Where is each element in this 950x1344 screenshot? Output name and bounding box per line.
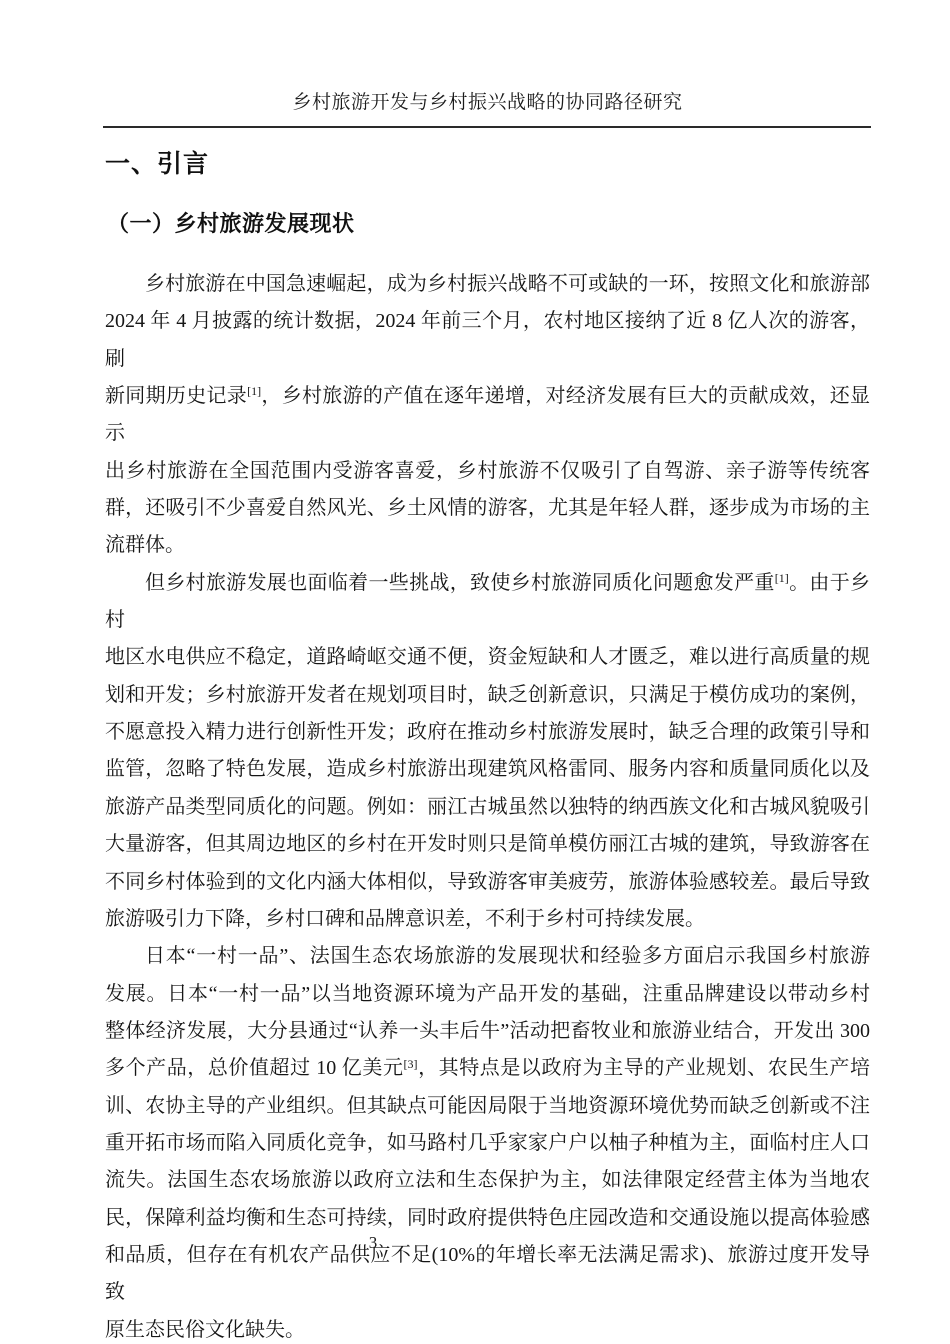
text-line: 多个产品，总价值超过 10 亿美元[3]，其特点是以政府为主导的产业规划、农民生… (105, 1050, 870, 1087)
text-run: 大量游客，但其周边地区的乡村在开发时则只是简单模仿丽江古城的建筑，导致游客在 (105, 833, 870, 855)
text-run: 群，还吸引不少喜爱自然风光、乡土风情的游客，尤其是年轻人群，逐步成为市场的主 (105, 497, 870, 519)
text-run: 训、农协主导的产业组织。但其缺点可能因局限于当地资源环境优势而缺乏创新或不注 (105, 1095, 870, 1117)
text-run: 乡村旅游在中国急速崛起，成为乡村振兴战略不可或缺的一环，按照文化和旅游部 (145, 273, 870, 295)
text-run: 原生态民俗文化缺失。 (105, 1319, 305, 1341)
text-run: ，其特点是以政府为主导的产业规划、农民生产培 (418, 1057, 871, 1079)
paragraph: 但乡村旅游发展也面临着一些挑战，致使乡村旅游同质化问题愈发严重[1]。由于乡村地… (105, 565, 870, 938)
text-run: 地区水电供应不稳定，道路崎岖交通不便，资金短缺和人才匮乏，难以进行高质量的规 (105, 646, 870, 668)
text-run: 监管，忽略了特色发展，造成乡村旅游出现建筑风格雷同、服务内容和质量同质化以及 (105, 758, 870, 780)
text-line: 群，还吸引不少喜爱自然风光、乡土风情的游客，尤其是年轻人群，逐步成为市场的主 (105, 490, 870, 527)
text-line: 不同乡村体验到的文化内涵大体相似，导致游客审美疲劳，旅游体验感较差。最后导致 (105, 864, 870, 901)
text-line: 旅游产品类型同质化的问题。例如：丽江古城虽然以独特的纳西族文化和古城风貌吸引 (105, 789, 870, 826)
paragraph: 日本“一村一品”、法国生态农场旅游的发展现状和经验多方面启示我国乡村旅游发展。日… (105, 938, 870, 1344)
text-run: 多个产品，总价值超过 10 亿美元 (105, 1057, 404, 1079)
text-run: 出乡村旅游在全国范围内受游客喜爱，乡村旅游不仅吸引了自驾游、亲子游等传统客 (105, 460, 870, 482)
text-run: 民，保障利益均衡和生态可持续，同时政府提供特色庄园改造和交通设施以提高体验感 (105, 1207, 870, 1229)
text-run: 整体经济发展，大分县通过“认养一头丰后牛”活动把畜牧业和旅游业结合，开发出 30… (105, 1020, 870, 1042)
text-line: 和品质，但存在有机农产品供应不足(10%的年增长率无法满足需求)、旅游过度开发导… (105, 1237, 870, 1312)
text-run: 划和开发；乡村旅游开发者在规划项目时，缺乏创新意识，只满足于模仿成功的案例， (105, 684, 870, 706)
text-line: 不愿意投入精力进行创新性开发；政府在推动乡村旅游发展时，缺乏合理的政策引导和 (105, 714, 870, 751)
footnote-ref: [1] (247, 384, 261, 398)
text-run: 和品质，但存在有机农产品供应不足(10%的年增长率无法满足需求)、旅游过度开发导… (105, 1244, 870, 1303)
text-line: 大量游客，但其周边地区的乡村在开发时则只是简单模仿丽江古城的建筑，导致游客在 (105, 826, 870, 863)
text-line: 新同期历史记录[1]，乡村旅游的产值在逐年递增，对经济发展有巨大的贡献成效，还显… (105, 378, 870, 453)
text-run: 旅游吸引力下降，乡村口碑和品牌意识差，不利于乡村可持续发展。 (105, 908, 705, 930)
text-line: 原生态民俗文化缺失。 (105, 1312, 870, 1344)
text-line: 但乡村旅游发展也面临着一些挑战，致使乡村旅游同质化问题愈发严重[1]。由于乡村 (105, 565, 870, 640)
heading-level-1: 一、引言 (105, 147, 209, 181)
footnote-ref: [3] (404, 1057, 418, 1071)
text-run: 重开拓市场而陷入同质化竞争，如马路村几乎家家户户以柚子种植为主，面临村庄人口 (105, 1132, 870, 1154)
text-run: 发展。日本“一村一品”以当地资源环境为产品开发的基础，注重品牌建设以带动乡村 (105, 983, 870, 1005)
text-line: 旅游吸引力下降，乡村口碑和品牌意识差，不利于乡村可持续发展。 (105, 901, 870, 938)
text-run: 不愿意投入精力进行创新性开发；政府在推动乡村旅游发展时，缺乏合理的政策引导和 (105, 721, 870, 743)
text-run: 不同乡村体验到的文化内涵大体相似，导致游客审美疲劳，旅游体验感较差。最后导致 (105, 871, 870, 893)
text-line: 监管，忽略了特色发展，造成乡村旅游出现建筑风格雷同、服务内容和质量同质化以及 (105, 751, 870, 788)
heading-level-2: （一）乡村旅游发展现状 (107, 209, 355, 239)
text-line: 重开拓市场而陷入同质化竞争，如马路村几乎家家户户以柚子种植为主，面临村庄人口 (105, 1125, 870, 1162)
text-line: 日本“一村一品”、法国生态农场旅游的发展现状和经验多方面启示我国乡村旅游 (105, 938, 870, 975)
document-page: 乡村旅游开发与乡村振兴战略的协同路径研究 一、引言 （一）乡村旅游发展现状 乡村… (0, 0, 950, 1344)
text-line: 训、农协主导的产业组织。但其缺点可能因局限于当地资源环境优势而缺乏创新或不注 (105, 1088, 870, 1125)
text-run: 但乡村旅游发展也面临着一些挑战，致使乡村旅游同质化问题愈发严重 (145, 572, 775, 594)
text-run: 日本“一村一品”、法国生态农场旅游的发展现状和经验多方面启示我国乡村旅游 (145, 945, 870, 967)
text-run: 流失。法国生态农场旅游以政府立法和生态保护为主，如法律限定经营主体为当地农 (105, 1169, 870, 1191)
text-line: 乡村旅游在中国急速崛起，成为乡村振兴战略不可或缺的一环，按照文化和旅游部 (105, 266, 870, 303)
body-text: 乡村旅游在中国急速崛起，成为乡村振兴战略不可或缺的一环，按照文化和旅游部2024… (105, 266, 870, 1344)
text-line: 民，保障利益均衡和生态可持续，同时政府提供特色庄园改造和交通设施以提高体验感 (105, 1200, 870, 1237)
text-line: 划和开发；乡村旅游开发者在规划项目时，缺乏创新意识，只满足于模仿成功的案例， (105, 677, 870, 714)
text-line: 地区水电供应不稳定，道路崎岖交通不便，资金短缺和人才匮乏，难以进行高质量的规 (105, 639, 870, 676)
text-line: 流群体。 (105, 527, 870, 564)
footnote-ref: [1] (775, 571, 789, 585)
text-run: 流群体。 (105, 534, 185, 556)
paragraph: 乡村旅游在中国急速崛起，成为乡村振兴战略不可或缺的一环，按照文化和旅游部2024… (105, 266, 870, 565)
running-head-title: 乡村旅游开发与乡村振兴战略的协同路径研究 (105, 90, 870, 116)
text-run: 新同期历史记录 (105, 385, 247, 407)
text-line: 出乡村旅游在全国范围内受游客喜爱，乡村旅游不仅吸引了自驾游、亲子游等传统客 (105, 453, 870, 490)
text-run: 2024 年 4 月披露的统计数据，2024 年前三个月，农村地区接纳了近 8 … (105, 310, 870, 369)
text-line: 2024 年 4 月披露的统计数据，2024 年前三个月，农村地区接纳了近 8 … (105, 303, 870, 378)
text-line: 流失。法国生态农场旅游以政府立法和生态保护为主，如法律限定经营主体为当地农 (105, 1162, 870, 1199)
text-line: 整体经济发展，大分县通过“认养一头丰后牛”活动把畜牧业和旅游业结合，开发出 30… (105, 1013, 870, 1050)
text-line: 发展。日本“一村一品”以当地资源环境为产品开发的基础，注重品牌建设以带动乡村 (105, 976, 870, 1013)
text-run: 旅游产品类型同质化的问题。例如：丽江古城虽然以独特的纳西族文化和古城风貌吸引 (105, 796, 870, 818)
header-rule (103, 126, 871, 128)
page-number: 3 (353, 1232, 393, 1254)
